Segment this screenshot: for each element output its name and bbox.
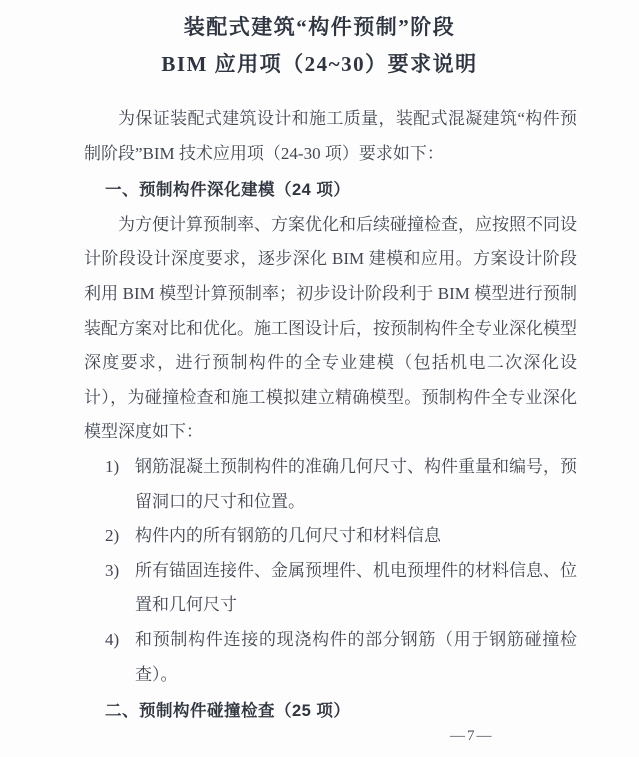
list-item: 4) 和预制构件连接的现浇构件的部分钢筋（用于钢筋碰撞检查）。 bbox=[105, 623, 577, 692]
document-title: 装配式建筑“构件预制”阶段 BIM 应用项（24~30）要求说明 bbox=[0, 0, 639, 83]
document-body: 为保证装配式建筑设计和施工质量，装配式混凝建筑“构件预制阶段”BIM 技术应用项… bbox=[0, 102, 639, 729]
title-line-1: 装配式建筑“构件预制”阶段 bbox=[0, 9, 639, 46]
title-line-2: BIM 应用项（24~30）要求说明 bbox=[0, 46, 639, 83]
section-1-paragraph: 为方便计算预制率、方案优化和后续碰撞检查，应按照不同设计阶段设计深度要求，逐步深… bbox=[84, 208, 577, 450]
list-item: 1) 钢筋混凝土预制构件的准确几何尺寸、构件重量和编号，预留洞口的尺寸和位置。 bbox=[105, 450, 577, 519]
list-item-marker: 2) bbox=[105, 519, 135, 554]
list-item-text: 构件内的所有钢筋的几何尺寸和材料信息 bbox=[135, 519, 577, 554]
list-item-marker: 4) bbox=[105, 623, 135, 692]
list-item-text: 和预制构件连接的现浇构件的部分钢筋（用于钢筋碰撞检查）。 bbox=[135, 623, 577, 692]
page-number: —7— bbox=[450, 728, 494, 745]
model-depth-list: 1) 钢筋混凝土预制构件的准确几何尺寸、构件重量和编号，预留洞口的尺寸和位置。 … bbox=[84, 450, 577, 692]
list-item: 3) 所有锚固连接件、金属预埋件、机电预埋件的材料信息、位置和几何尺寸 bbox=[105, 554, 577, 623]
list-item: 2) 构件内的所有钢筋的几何尺寸和材料信息 bbox=[105, 519, 577, 554]
list-item-marker: 1) bbox=[105, 450, 135, 519]
section-2-heading: 二、预制构件碰撞检查（25 项） bbox=[84, 694, 577, 729]
intro-paragraph: 为保证装配式建筑设计和施工质量，装配式混凝建筑“构件预制阶段”BIM 技术应用项… bbox=[84, 102, 577, 171]
list-item-marker: 3) bbox=[105, 554, 135, 623]
document-page: 装配式建筑“构件预制”阶段 BIM 应用项（24~30）要求说明 为保证装配式建… bbox=[0, 0, 639, 757]
list-item-text: 钢筋混凝土预制构件的准确几何尺寸、构件重量和编号，预留洞口的尺寸和位置。 bbox=[135, 450, 577, 519]
section-1-heading: 一、预制构件深化建模（24 项） bbox=[84, 173, 577, 208]
list-item-text: 所有锚固连接件、金属预埋件、机电预埋件的材料信息、位置和几何尺寸 bbox=[135, 554, 577, 623]
